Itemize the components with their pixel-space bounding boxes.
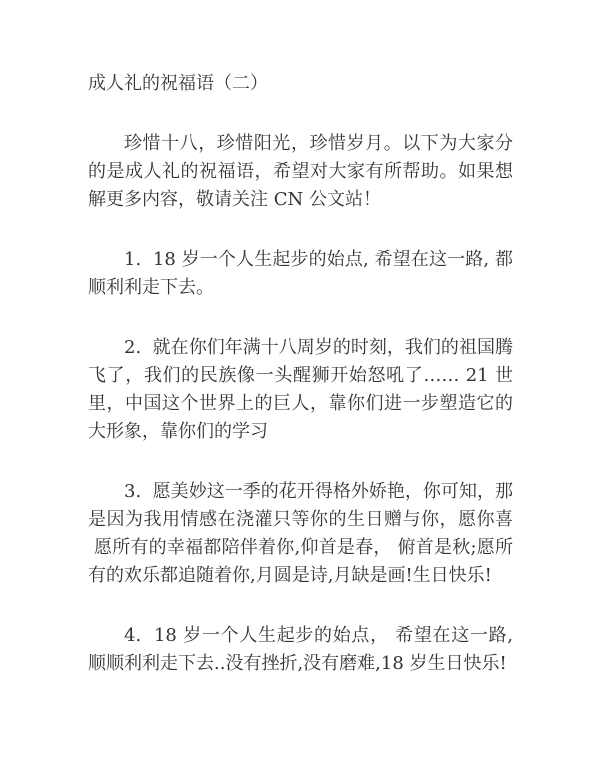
text-line: 有的欢乐都追随着你,月圆是诗,月缺是画!生日快乐! [88, 562, 513, 590]
text-line: 解更多内容，敬请关注 CN 公文站！ [88, 186, 513, 214]
blessing-item-2: 2. 就在你们年满十八周岁的时刻，我们的祖国腾 飞了，我们的民族像一头醒狮开始怒… [88, 334, 513, 446]
text-line: 珍惜十八，珍惜阳光，珍惜岁月。以下为大家分享 [88, 130, 513, 158]
text-line: 顺利利走下去。 [88, 274, 513, 302]
text-line: 的是成人礼的祝福语，希望对大家有所帮助。如果想了 [88, 158, 513, 186]
text-line: 顺顺利利走下去..没有挫折,没有磨难,18 岁生日快乐! [88, 650, 513, 678]
text-line: 愿所有的幸福都陪伴着你,仰首是春， 俯首是秋;愿所 [88, 534, 513, 562]
text-line: 4. 18 岁一个人生起步的始点， 希望在这一路,都 [88, 622, 513, 650]
text-line: 是因为我用情感在浇灌只等你的生日赠与你，愿你喜欢。 [88, 506, 513, 534]
text-line: 飞了，我们的民族像一头醒狮开始怒吼了…… 21 世纪 [88, 362, 513, 390]
intro-paragraph: 珍惜十八，珍惜阳光，珍惜岁月。以下为大家分享 的是成人礼的祝福语，希望对大家有所… [88, 130, 513, 214]
document-title: 成人礼的祝福语（二） [88, 70, 513, 98]
document-page: 成人礼的祝福语（二） 珍惜十八，珍惜阳光，珍惜岁月。以下为大家分享 的是成人礼的… [0, 0, 600, 776]
text-line: 里，中国这个世界上的巨人，靠你们进一步塑造它的伟 [88, 390, 513, 418]
blessing-item-3: 3. 愿美妙这一季的花开得格外娇艳，你可知，那 是因为我用情感在浇灌只等你的生日… [88, 478, 513, 590]
blessing-item-1: 1. 18 岁一个人生起步的始点, 希望在这一路, 都顺 顺利利走下去。 [88, 246, 513, 302]
text-line: 1. 18 岁一个人生起步的始点, 希望在这一路, 都顺 [88, 246, 513, 274]
text-line: 2. 就在你们年满十八周岁的时刻，我们的祖国腾 [88, 334, 513, 362]
text-line: 大形象，靠你们的学习 [88, 418, 513, 446]
blessing-item-4: 4. 18 岁一个人生起步的始点， 希望在这一路,都 顺顺利利走下去..没有挫折… [88, 622, 513, 678]
text-line: 3. 愿美妙这一季的花开得格外娇艳，你可知，那 [88, 478, 513, 506]
